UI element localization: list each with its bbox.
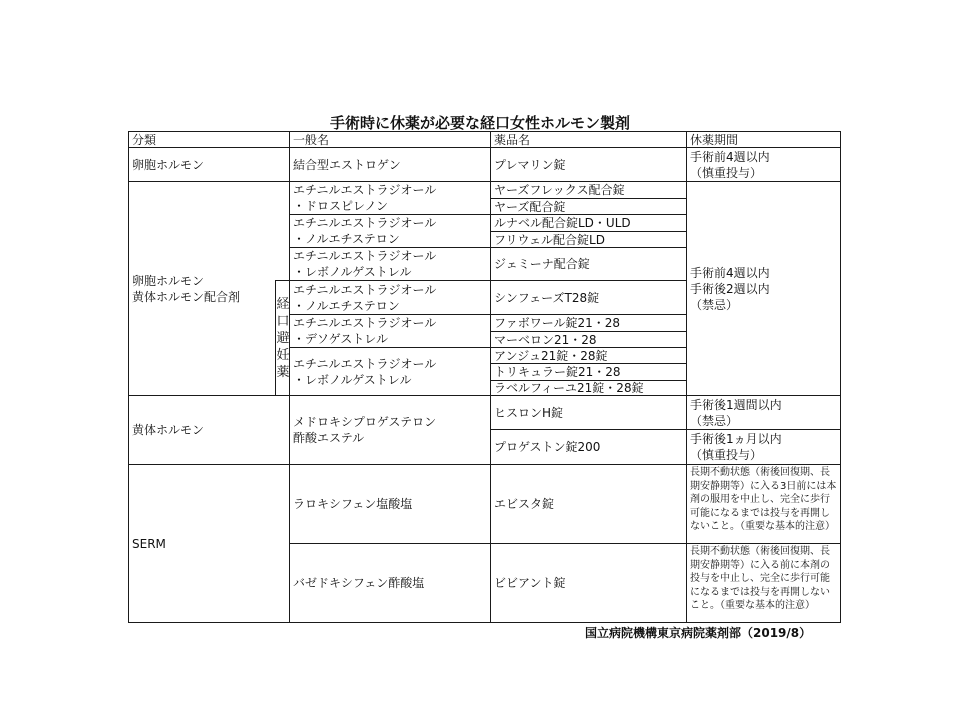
product-progeston: プロゲストン錠200 <box>490 429 688 465</box>
progestin-generic: メドロキシプロゲステロン 酢酸エステル <box>289 395 492 465</box>
estrogen-generic: 結合型エストロゲン <box>289 147 492 182</box>
combined-generic-4: エチニルエストラジオール ・ノルエチステロン <box>289 280 492 315</box>
hormone-table: 分類 一般名 薬品名 休薬期間 卵胞ホルモン 結合型エストロゲン プレマリン錠 … <box>0 0 960 720</box>
combined-generic-2: エチニルエストラジオール ・ノルエチステロン <box>289 214 492 248</box>
progestin-period-1: 手術後1週間以内 （禁忌） <box>686 395 841 430</box>
combined-generic-3: エチニルエストラジオール ・レボノルゲストレル <box>289 247 492 281</box>
product-friwel: フリウェル配合錠LD <box>490 231 688 248</box>
combined-period: 手術前4週以内 手術後2週以内 （禁忌） <box>686 181 841 396</box>
product-jemina: ジェミーナ配合錠 <box>490 247 688 281</box>
product-favoir: ファボワール錠21・28 <box>490 314 688 332</box>
combined-generic-5: エチニルエストラジオール ・デソゲストレル <box>289 314 492 348</box>
serm-generic-2: バゼドキシフェン酢酸塩 <box>289 543 492 623</box>
combined-category: 卵胞ホルモン 黄体ホルモン配合剤 <box>128 181 291 396</box>
serm-generic-1: ラロキシフェン塩酸塩 <box>289 464 492 544</box>
estrogen-period: 手術前4週以内 （慎重投与） <box>686 147 841 182</box>
source-footnote: 国立病院機構東京病院薬剤部（2019/8） <box>585 624 811 641</box>
product-viviant: ビビアント錠 <box>490 543 688 623</box>
product-hysron: ヒスロンH錠 <box>490 395 688 430</box>
combined-generic-6: エチニルエストラジオール ・レボノルゲストレル <box>289 347 492 396</box>
product-evista: エビスタ錠 <box>490 464 688 544</box>
product-lunabell: ルナベル配合錠LD・ULD <box>490 214 688 232</box>
product-yaz: ヤーズ配合錠 <box>490 198 688 215</box>
estrogen-product: プレマリン錠 <box>490 147 688 182</box>
combined-generic-1: エチニルエストラジオール ・ドロスピレノン <box>289 181 492 215</box>
product-yaz-flex: ヤーズフレックス配合錠 <box>490 181 688 199</box>
progestin-period-2: 手術後1ヵ月以内 （慎重投与） <box>686 429 841 465</box>
serm-period-2: 長期不動状態（術後回復期、長期安静期等）に入る前に本剤の投与を中止し、完全に歩行… <box>686 543 841 623</box>
progestin-category: 黄体ホルモン <box>128 395 291 465</box>
product-marvelon: マーベロン21・28 <box>490 331 688 348</box>
product-labelfille: ラベルフィーユ21錠・28錠 <box>490 380 688 396</box>
serm-category: SERM <box>128 464 291 623</box>
estrogen-category: 卵胞ホルモン <box>128 147 291 182</box>
serm-period-1: 長期不動状態（術後回復期、長期安静期等）に入る3日前には本剤の服用を中止し、完全… <box>686 464 841 544</box>
product-synphase: シンフェーズT28錠 <box>490 280 688 315</box>
product-ange: アンジュ21錠・28錠 <box>490 347 688 364</box>
product-triquilar: トリキュラー錠21・28 <box>490 363 688 381</box>
